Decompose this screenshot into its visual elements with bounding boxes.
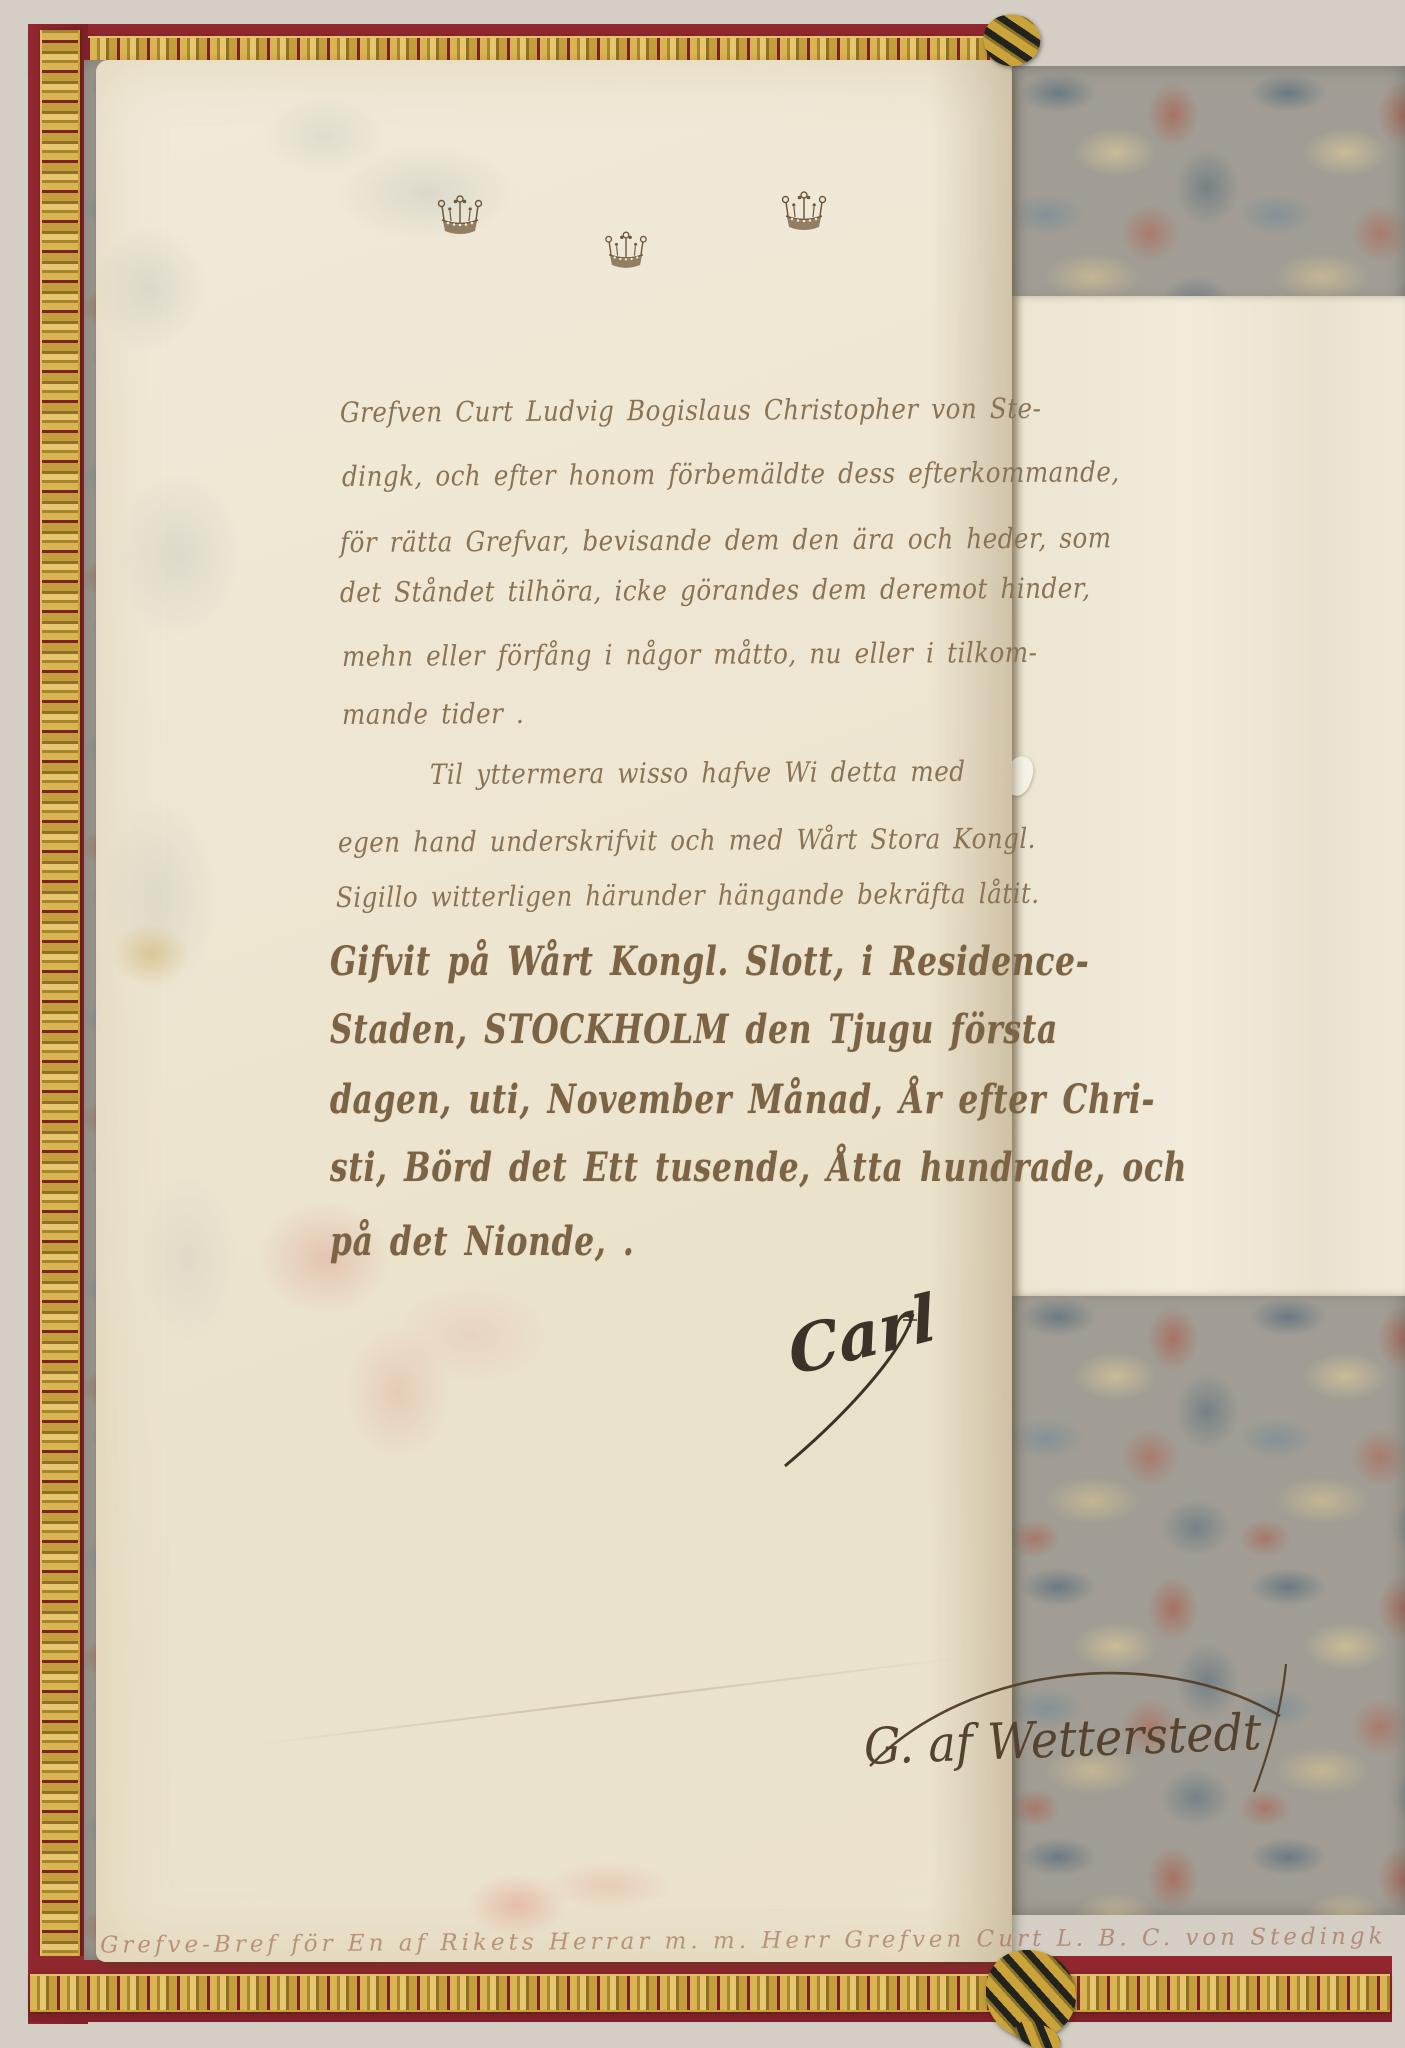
manuscript-dateline: på det Nionde, . — [330, 1218, 634, 1265]
marbled-endpaper-top-right — [1012, 66, 1405, 306]
royal-signature: Carl — [775, 1292, 935, 1502]
manuscript-line: Grefven Curt Ludvig Bogislaus Christophe… — [340, 392, 1041, 429]
manuscript-dateline: Gifvit på Wårt Kongl. Slott, i Residence… — [330, 938, 1090, 985]
manuscript-line: för rätta Grefvar, bevisande dem den ära… — [340, 521, 1112, 559]
manuscript-line: Sigillo witterligen härunder hängande be… — [336, 877, 1040, 914]
manuscript-dateline: sti, Börd det Ett tusende, Åtta hundrade… — [330, 1144, 1187, 1191]
marbled-endpaper-bottom-right — [1012, 1290, 1405, 1915]
manuscript-line: Til yttermera wisso hafve Wi detta med — [430, 755, 966, 791]
manuscript-line: dingk, och efter honom förbemäldte dess … — [342, 455, 1120, 493]
manuscript-line: egen hand underskrifvit och med Wårt Sto… — [338, 822, 1036, 859]
manuscript-dateline: dagen, uti, November Månad, År efter Chr… — [330, 1076, 1155, 1123]
count-coronet-icon — [596, 228, 656, 272]
countersignature: G. af Wetterstedt — [858, 1636, 1318, 1821]
manuscript-line: det Ståndet tilhöra, icke görandes dem d… — [340, 572, 1091, 609]
count-coronet-icon — [772, 188, 836, 234]
scanned-book-opening: Grefven Curt Ludvig Bogislaus Christophe… — [0, 0, 1405, 2048]
manuscript-dateline: Staden, STOCKHOLM den Tjugu första — [330, 1006, 1058, 1053]
manuscript-line: mehn eller förfång i någor måtto, nu ell… — [342, 636, 1037, 673]
gold-tooling-bottom-band — [30, 1974, 1390, 2012]
gold-tooling-left-band — [40, 30, 80, 2020]
manuscript-line: mande tider . — [342, 697, 524, 731]
count-coronet-icon — [428, 192, 492, 238]
